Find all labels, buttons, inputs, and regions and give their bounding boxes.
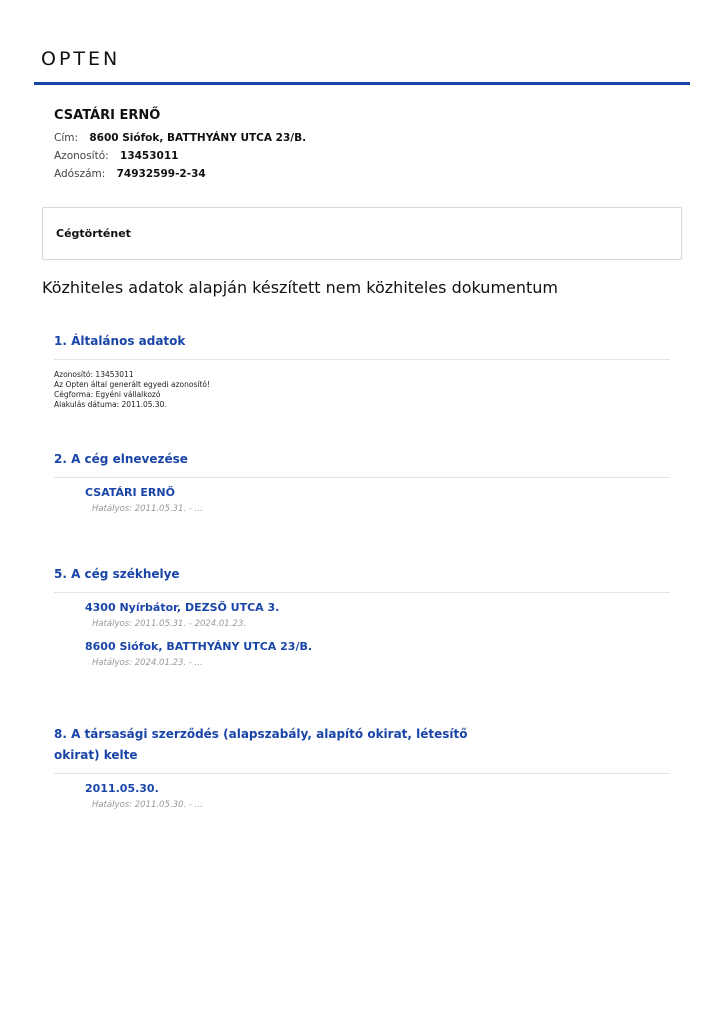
entry: 2011.05.30. Hatályos: 2011.05.30. - ...: [85, 782, 670, 810]
entry-validity: Hatályos: 2011.05.31. - 2024.01.23.: [92, 619, 670, 629]
entry-validity: Hatályos: 2011.05.30. - ...: [92, 800, 670, 810]
id-row: Azonosító: 13453011: [54, 147, 306, 165]
section-seat: 5. A cég székhelye 4300 Nyírbátor, DEZSŐ…: [54, 564, 670, 668]
general-line: Cégforma: Egyéni vállalkozó: [54, 390, 670, 400]
tax-value: 74932599-2-34: [117, 168, 206, 180]
section-general: 1. Általános adatok Azonosító: 13453011 …: [54, 331, 670, 410]
general-line: Alakulás dátuma: 2011.05.30.: [54, 400, 670, 410]
section-divider: [54, 477, 670, 478]
section-contract: 8. A társasági szerződés (alapszabály, a…: [54, 724, 670, 810]
address-value: 8600 Siófok, BATTHYÁNY UTCA 23/B.: [89, 132, 306, 144]
section-title: 1. Általános adatok: [54, 331, 670, 352]
entry-validity: Hatályos: 2024.01.23. - ...: [92, 658, 670, 668]
section-title-line: 8. A társasági szerződés (alapszabály, a…: [54, 724, 670, 745]
general-line: Az Opten által generált egyedi azonosító…: [54, 380, 670, 390]
entry: 8600 Siófok, BATTHYÁNY UTCA 23/B. Hatály…: [85, 640, 670, 668]
section-title: 5. A cég székhelye: [54, 564, 670, 585]
section-divider: [54, 592, 670, 593]
entry: 4300 Nyírbátor, DEZSŐ UTCA 3. Hatályos: …: [85, 601, 670, 629]
company-header: CSATÁRI ERNŐ Cím: 8600 Siófok, BATTHYÁNY…: [54, 108, 306, 183]
address-label: Cím:: [54, 132, 78, 144]
entry-value: 8600 Siófok, BATTHYÁNY UTCA 23/B.: [85, 640, 670, 653]
section-title-line: okirat) kelte: [54, 745, 670, 766]
opten-logo: OPTEN: [41, 48, 120, 70]
section-title: 8. A társasági szerződés (alapszabály, a…: [54, 724, 670, 766]
id-value: 13453011: [120, 150, 178, 162]
document-title: Közhiteles adatok alapján készített nem …: [42, 278, 558, 297]
id-label: Azonosító:: [54, 150, 109, 162]
general-data: Azonosító: 13453011 Az Opten által gener…: [54, 370, 670, 410]
address-row: Cím: 8600 Siófok, BATTHYÁNY UTCA 23/B.: [54, 129, 306, 147]
header-divider: [34, 82, 690, 85]
card-title: Cégtörténet: [56, 227, 131, 240]
entry-value: 4300 Nyírbátor, DEZSŐ UTCA 3.: [85, 601, 670, 614]
entry-validity: Hatályos: 2011.05.31. - ...: [92, 504, 670, 514]
company-name: CSATÁRI ERNŐ: [54, 108, 306, 123]
tax-row: Adószám: 74932599-2-34: [54, 165, 306, 183]
entry-value: 2011.05.30.: [85, 782, 670, 795]
section-divider: [54, 359, 670, 360]
entry: CSATÁRI ERNŐ Hatályos: 2011.05.31. - ...: [85, 486, 670, 514]
section-name: 2. A cég elnevezése CSATÁRI ERNŐ Hatályo…: [54, 449, 670, 514]
section-title: 2. A cég elnevezése: [54, 449, 670, 470]
section-divider: [54, 773, 670, 774]
entry-value: CSATÁRI ERNŐ: [85, 486, 670, 499]
general-line: Azonosító: 13453011: [54, 370, 670, 380]
company-history-card: Cégtörténet: [42, 207, 682, 260]
tax-label: Adószám:: [54, 168, 105, 180]
